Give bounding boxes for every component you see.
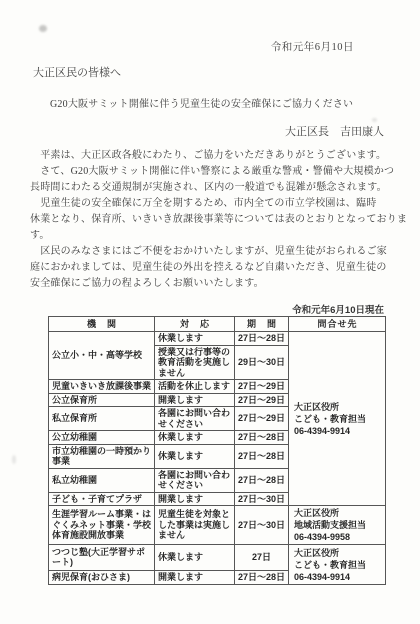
- cell-response: 開業します: [155, 492, 235, 506]
- contact-phone: 06-4394-9958: [294, 531, 383, 543]
- cell-response: 休業します: [155, 332, 235, 346]
- header-period: 期 間: [235, 317, 289, 332]
- contact-office: 大正区役所: [294, 507, 383, 519]
- contact-phone: 06-4394-9914: [294, 571, 383, 583]
- scan-smudge: [372, 118, 377, 122]
- cell-response: 開業します: [155, 393, 235, 407]
- contact-office: 大正区役所: [294, 401, 383, 413]
- cell-period: 27日～28日: [235, 431, 289, 445]
- cell-response: 授業又は行事等の教育活動を実施しません: [155, 345, 235, 380]
- cell-response: 児童生徒を対象とした事業は実施しません: [155, 506, 235, 545]
- as-of-date: 令和元年6月10日現在: [292, 302, 384, 316]
- contact-office: 大正区役所: [294, 547, 383, 559]
- body-line: 区民のみなさまにはご不便をおかけいたしますが、児童生徒がおられるご家: [30, 244, 402, 260]
- body-line: 休業となり、保育所、いきいき放課後事業等については表のとおりとなっておりま: [30, 212, 402, 228]
- cell-org: 公立保育所: [49, 393, 155, 407]
- closure-info-table: 機 関 対 応 期 間 問合せ先 公立小・中・高等学校 休業します 27日～28…: [48, 316, 386, 585]
- body-paragraphs: 平素は、大正区政各般にわたり、ご協力をいただきありがとうございます。 さて、G2…: [30, 148, 402, 292]
- document-date: 令和元年6月10日: [271, 39, 354, 54]
- table-row: 公立小・中・高等学校 休業します 27日～28日 大正区役所 こども・教育担当 …: [49, 332, 386, 346]
- body-line: 長時間にわたる交通規制が実施され、区内の一般道でも混雑が懸念されます。: [30, 180, 402, 196]
- cell-org: 私立幼稚園: [49, 468, 155, 492]
- cell-org: 病児保育(おひさま): [49, 570, 155, 584]
- document-title: G20大阪サミット開催に伴う児童生徒の安全確保にご協力ください: [50, 95, 353, 110]
- cell-contact: 大正区役所 地域活動支援担当 06-4394-9958: [289, 506, 386, 545]
- cell-org: 市立幼稚園の一時預かり事業: [49, 444, 155, 468]
- cell-period: 27日～28日: [235, 444, 289, 468]
- header-contact: 問合せ先: [289, 317, 386, 332]
- header-org: 機 関: [49, 317, 155, 332]
- cell-org: 公立幼稚園: [49, 431, 155, 445]
- cell-period: 27日～28日: [235, 468, 289, 492]
- header-response: 対 応: [155, 317, 235, 332]
- table-row: つつじ塾(大正学習サポート) 休業します 27日 大正区役所 こども・教育担当 …: [49, 545, 386, 571]
- table-header-row: 機 関 対 応 期 間 問合せ先: [49, 317, 386, 332]
- salutation-line: 大正区民の皆様へ: [33, 64, 121, 80]
- cell-period: 27日～28日: [235, 570, 289, 584]
- table-row: 生涯学習ルーム事業・はぐくみネット事業・学校体育施設開放事業 児童生徒を対象とし…: [49, 506, 386, 545]
- body-line: す。: [30, 228, 402, 244]
- scan-smudge: [39, 25, 47, 32]
- cell-response: 活動を休止します: [155, 380, 235, 394]
- cell-response: 各園にお問い合わせください: [155, 468, 235, 492]
- contact-section: こども・教育担当: [294, 559, 383, 571]
- scan-smudge: [12, 455, 16, 464]
- cell-response: 開業します: [155, 570, 235, 584]
- cell-contact: 大正区役所 こども・教育担当 06-4394-9914: [289, 332, 386, 506]
- cell-org: つつじ塾(大正学習サポート): [49, 545, 155, 571]
- cell-period: 27日～29日: [235, 393, 289, 407]
- cell-contact: 大正区役所 こども・教育担当 06-4394-9914: [289, 545, 386, 585]
- contact-phone: 06-4394-9914: [294, 425, 383, 437]
- cell-response: 各園にお問い合わせください: [155, 407, 235, 431]
- contact-section: こども・教育担当: [294, 413, 383, 425]
- body-line: 平素は、大正区政各般にわたり、ご協力をいただきありがとうございます。: [30, 148, 402, 164]
- cell-period: 27日: [235, 545, 289, 571]
- cell-org: 子ども・子育てプラザ: [49, 492, 155, 506]
- signature-line: 大正区長 吉田康人: [285, 123, 384, 139]
- cell-period: 27日～30日: [235, 506, 289, 545]
- cell-response: 休業します: [155, 444, 235, 468]
- cell-response: 休業します: [155, 431, 235, 445]
- scanned-notice-page: 令和元年6月10日 大正区民の皆様へ G20大阪サミット開催に伴う児童生徒の安全…: [0, 0, 420, 624]
- cell-org: 児童いきいき放課後事業: [49, 380, 155, 394]
- body-line: さて、G20大阪サミット開催に伴い警察による厳重な警戒・警備や大規模かつ: [30, 164, 402, 180]
- cell-period: 27日～29日: [235, 380, 289, 394]
- cell-period: 27日～30日: [235, 492, 289, 506]
- cell-period: 29日～30日: [235, 345, 289, 380]
- cell-response: 休業します: [155, 545, 235, 571]
- contact-section: 地域活動支援担当: [294, 519, 383, 531]
- body-line: 安全確保にご協力の程よろしくお願いいたします。: [30, 276, 402, 292]
- cell-period: 27日～28日: [235, 332, 289, 346]
- cell-org: 生涯学習ルーム事業・はぐくみネット事業・学校体育施設開放事業: [49, 506, 155, 545]
- cell-org: 私立保育所: [49, 407, 155, 431]
- cell-period: 27日～29日: [235, 407, 289, 431]
- cell-org: 公立小・中・高等学校: [49, 332, 155, 380]
- body-line: 庭におかれましては、児童生徒の外出を控えるなど自粛いただき、児童生徒の: [30, 260, 402, 276]
- body-line: 児童生徒の安全確保に万全を期するため、市内全ての市立学校園は、臨時: [30, 196, 402, 212]
